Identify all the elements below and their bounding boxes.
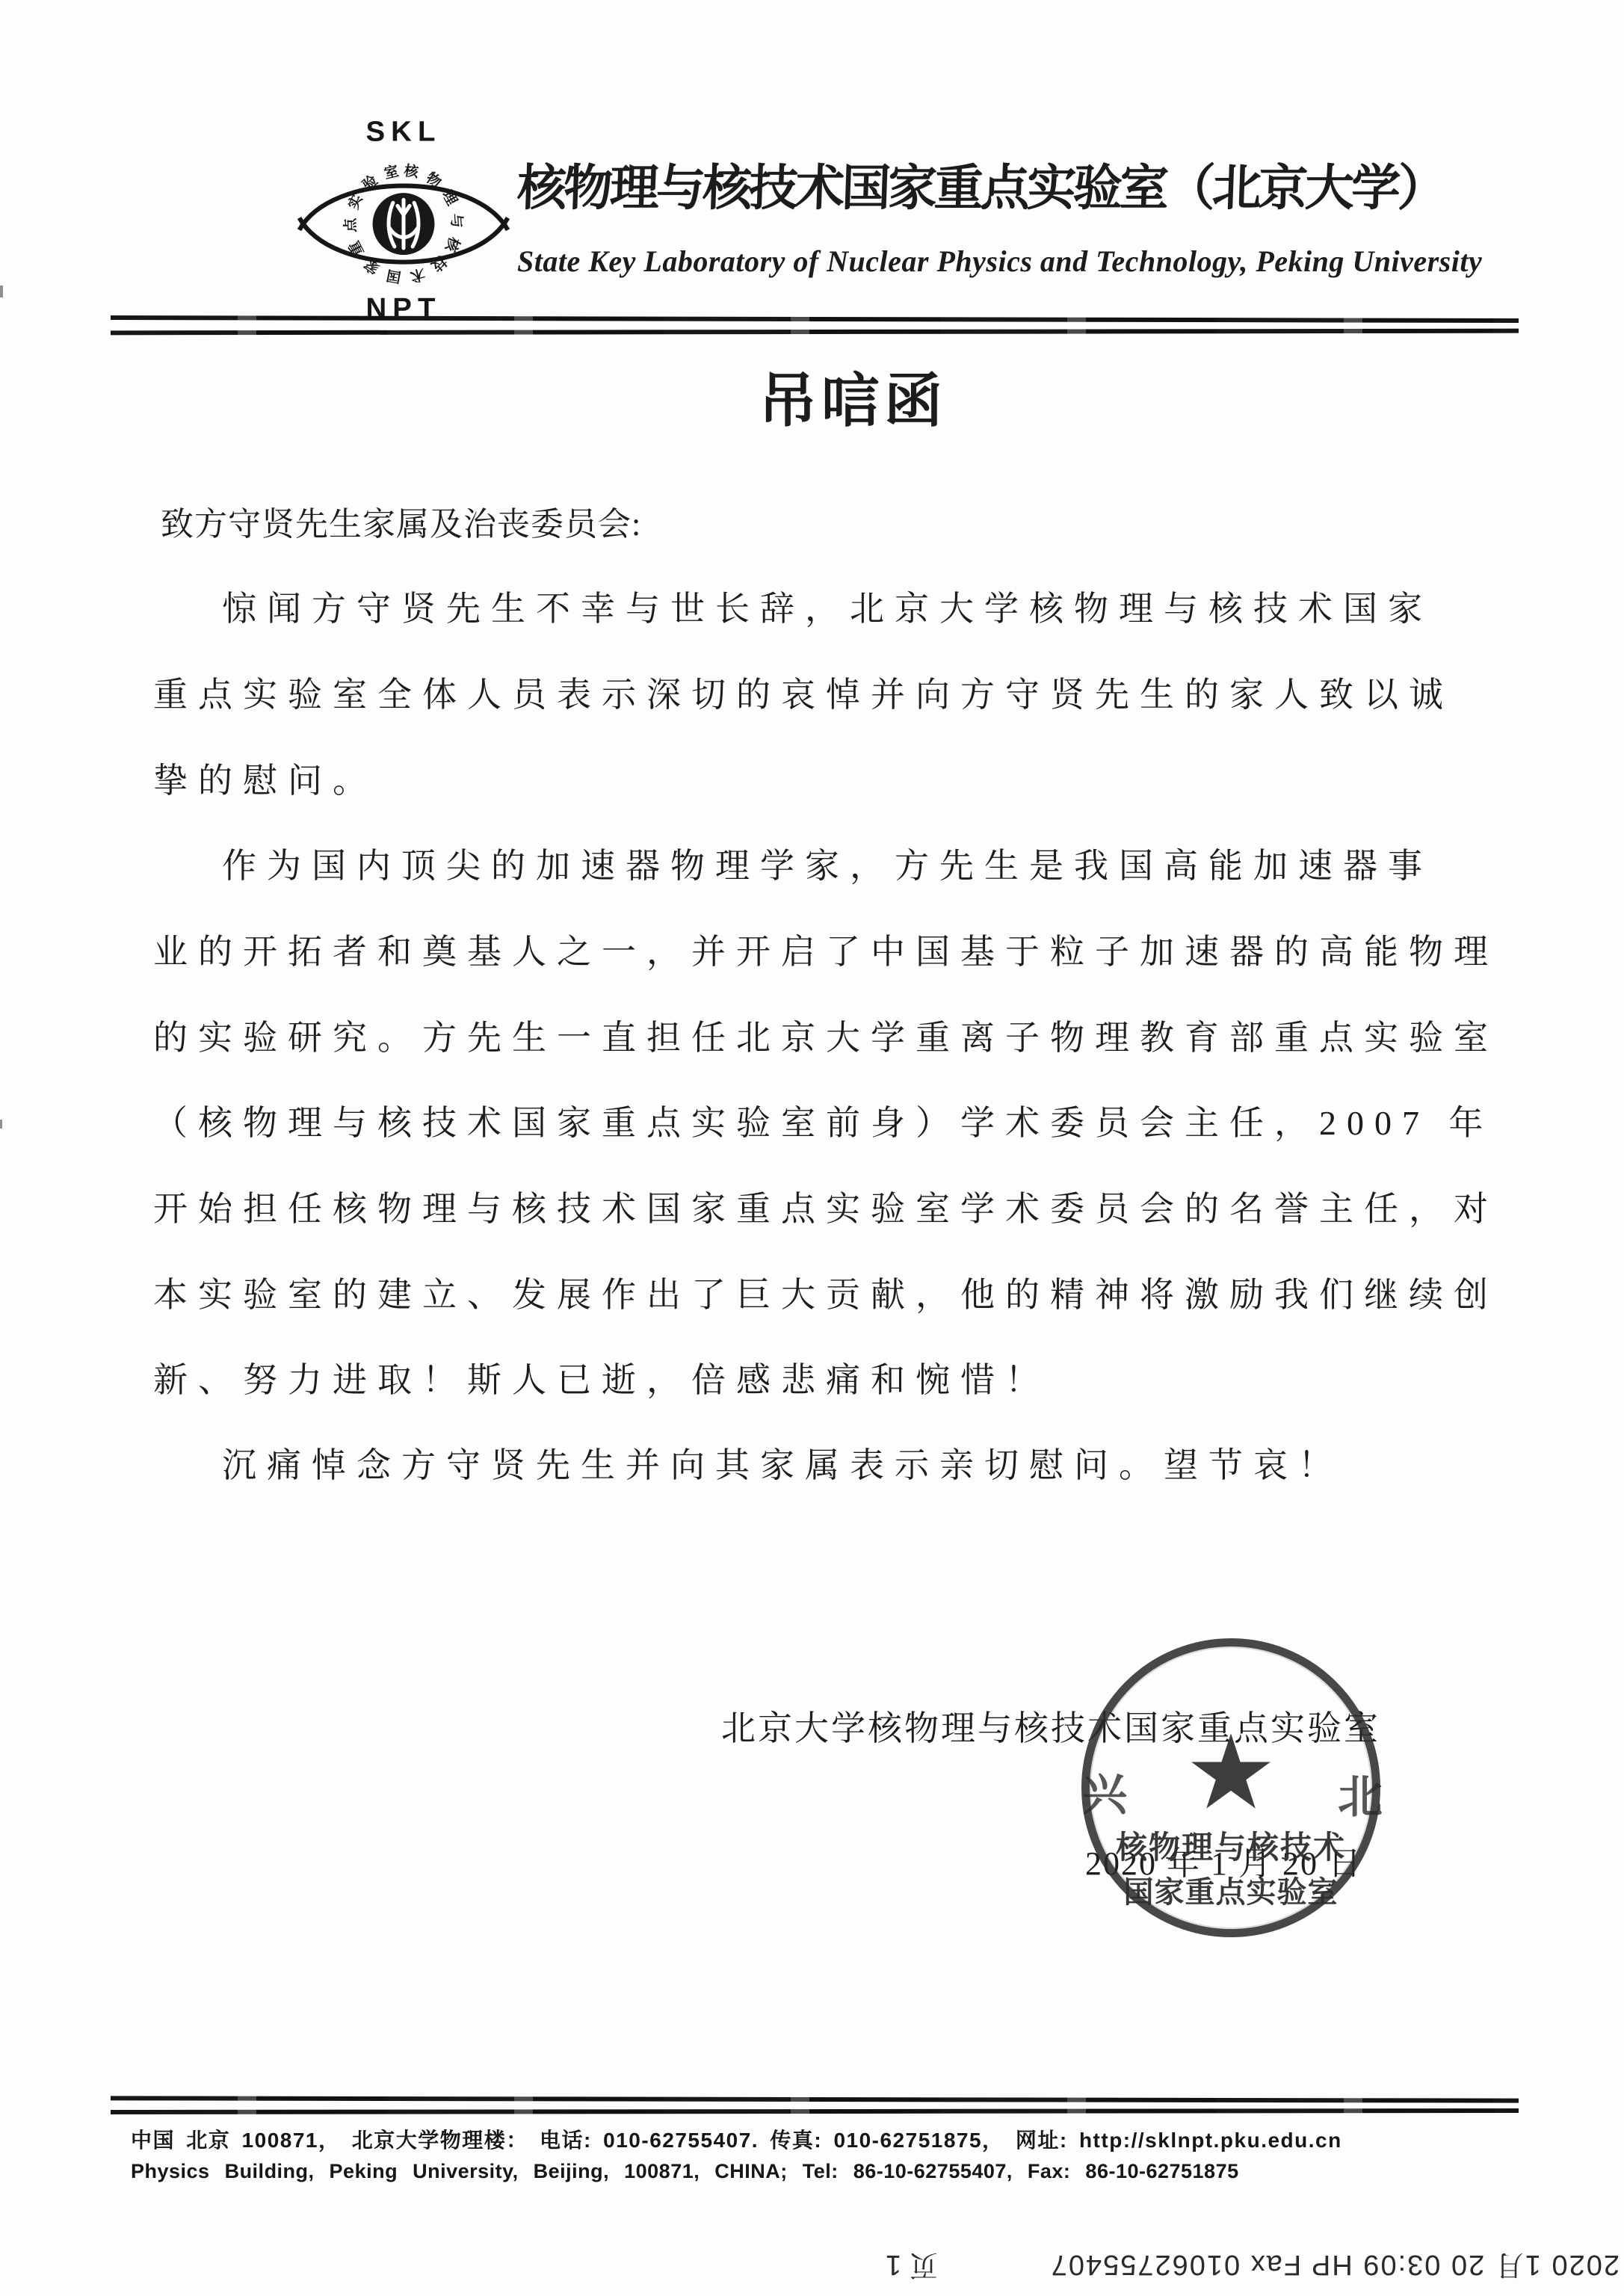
footer-address-chinese: 中国 北京 100871， 北京大学物理楼： 电话: 010-62755407.… (131, 2130, 1342, 2151)
official-round-seal: ★ 兴 北 核物理与核技术 国家重点实验室 (1081, 1638, 1380, 1937)
skl-npt-lab-logo: SKL NPT 核物理与核技术国家重点实验室 (288, 109, 519, 324)
body-line: 作为国内顶尖的加速器物理学家，方先生是我国高能加速器事 (153, 849, 1433, 883)
body-line: 新、努力进取！斯人已逝，倍感悲痛和惋惜！ (153, 1363, 1050, 1398)
fax-stamp-page-number: 页 1 (886, 2250, 938, 2279)
letter-title: 吊唁函 (759, 372, 947, 430)
fax-transmission-stamp: 2020 1月 20 03:09 HP Fax 01062755407 页 1 (0, 2236, 1624, 2293)
seal-right-mark: 北 (1338, 1775, 1383, 1820)
body-line: 惊闻方守贤先生不幸与世长辞，北京大学核物理与核技术国家 (153, 592, 1433, 626)
scan-artifact (0, 286, 3, 297)
seal-text-line1: 核物理与核技术 (1090, 1833, 1372, 1864)
body-line: （核物理与核技术国家重点实验室前身）学术委员会主任，2007 年 (153, 1106, 1494, 1141)
body-line: 开始担任核物理与核技术国家重点实验室学术委员会的名誉主任，对 (153, 1192, 1498, 1226)
body-line: 重点实验室全体人员表示深切的哀悼并向方守贤先生的家人致以诚 (153, 678, 1454, 712)
logo-top-text: SKL (365, 115, 441, 147)
fax-stamp-info: 2020 1月 20 03:09 HP Fax 01062755407 (1050, 2250, 1624, 2279)
body-line: 业的开拓者和奠基人之一，并开启了中国基于粒子加速器的高能物理 (153, 935, 1498, 969)
lab-name-chinese: 核物理与核技术国家重点实验室（北京大学） (516, 164, 1445, 214)
body-line: 挚的慰问。 (153, 764, 377, 798)
seal-text-line2: 国家重点实验室 (1090, 1877, 1372, 1907)
scan-artifact (0, 1120, 2, 1129)
salutation: 致方守贤先生家属及治丧委员会: (161, 508, 641, 541)
footer-address-english: Physics Building, Peking University, Bei… (131, 2161, 1239, 2182)
body-line: 的实验研究。方先生一直担任北京大学重离子物理教育部重点实验室 (153, 1021, 1498, 1055)
footer-rule-bottom (111, 2108, 1519, 2114)
body-line: 本实验室的建立、发展作出了巨大贡献，他的精神将激励我们继续创 (153, 1278, 1498, 1312)
header-rule-bottom (111, 329, 1519, 336)
seal-star-icon: ★ (1185, 1721, 1277, 1824)
footer-rule-top (111, 2096, 1519, 2102)
seal-left-mark: 兴 (1082, 1773, 1127, 1818)
lab-name-english: State Key Laboratory of Nuclear Physics … (517, 247, 1482, 277)
body-line: 沉痛悼念方守贤先生并向其家属表示亲切慰问。望节哀！ (153, 1448, 1343, 1483)
